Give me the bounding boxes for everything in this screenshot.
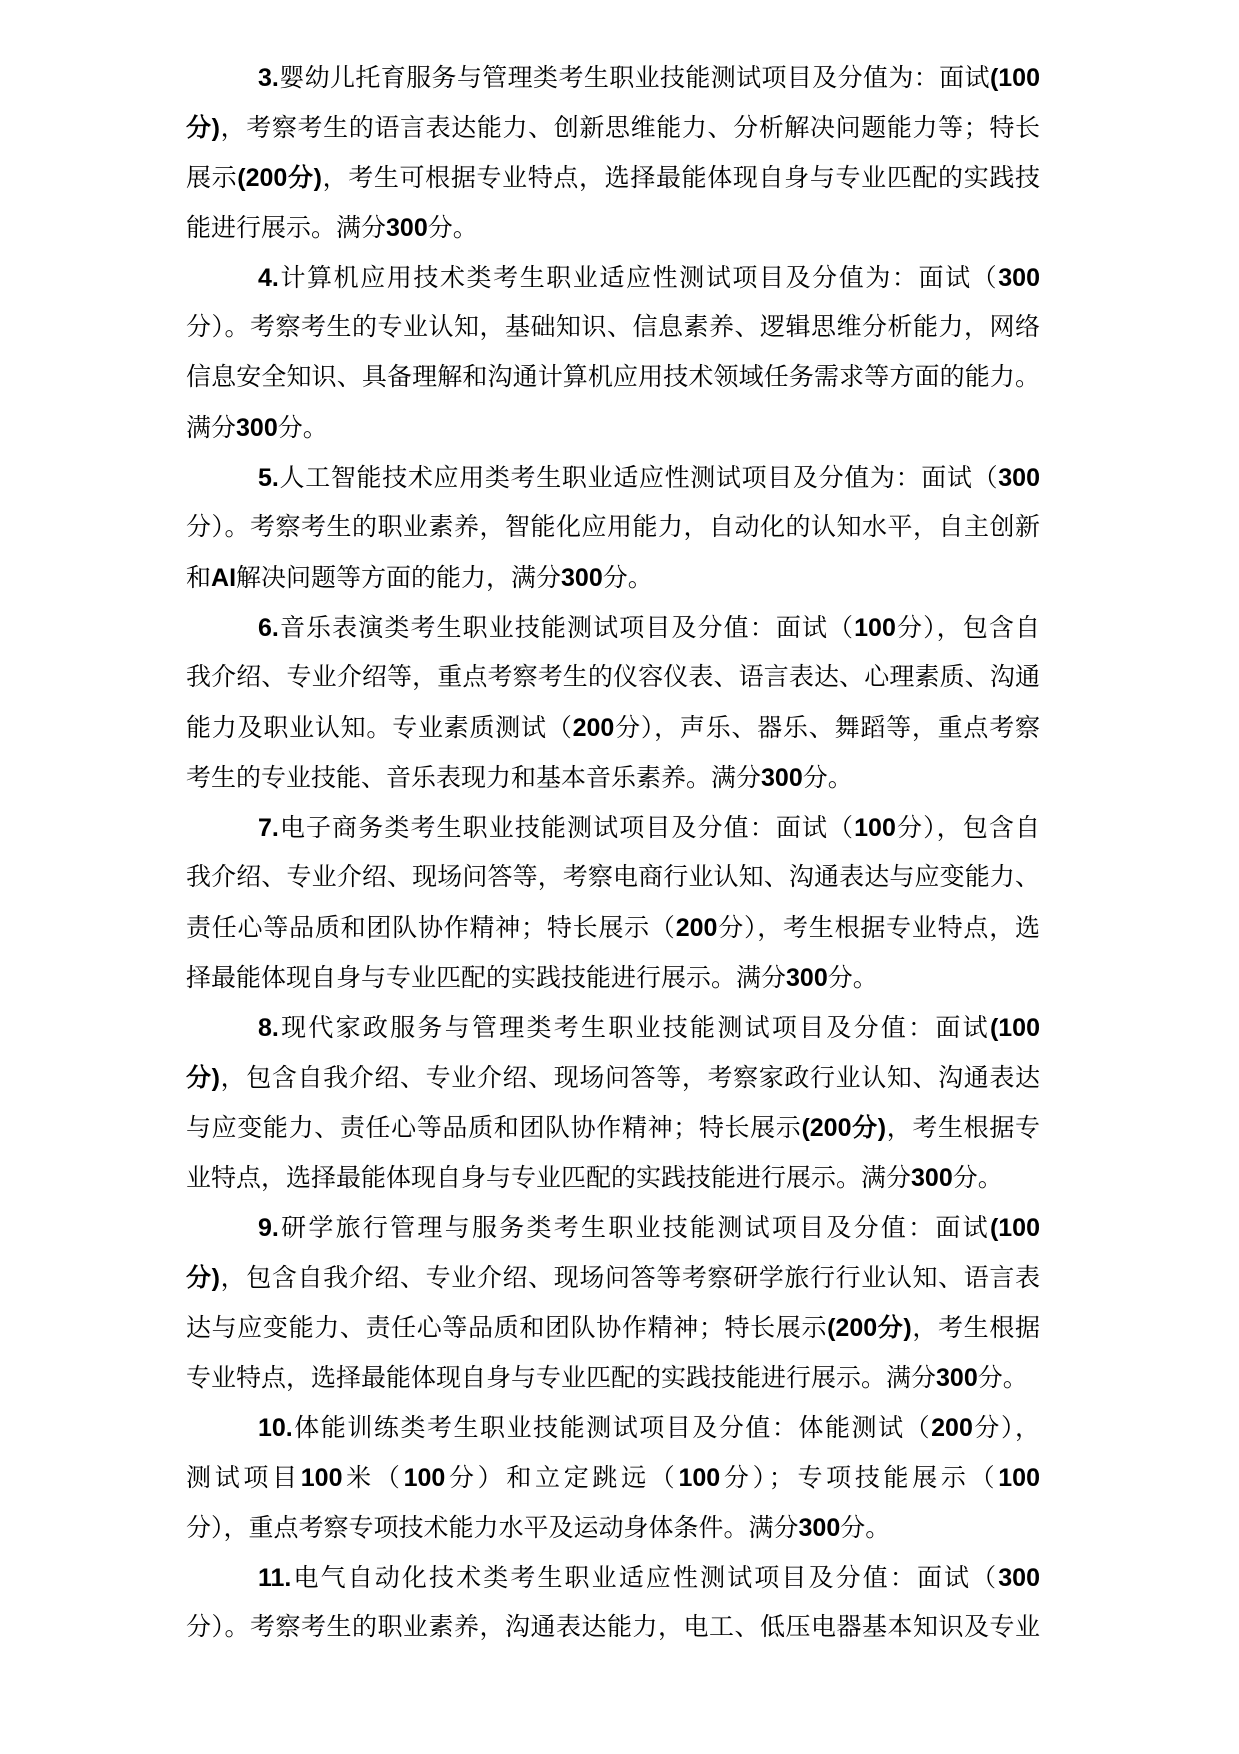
text-run: 体能训练类考生职业技能测试项目及分值：体能测试（	[293, 1415, 931, 1442]
paragraph-11: 11.电气自动化技术类考生职业适应性测试项目及分值：面试（300分）。考察考生的…	[186, 1553, 1040, 1653]
bold-text-run: 分)	[186, 114, 220, 142]
text-run: 分），声乐、器乐、舞蹈等，重点考察	[614, 715, 1040, 742]
bold-text-run: 7.	[258, 814, 279, 842]
text-run: 分。	[978, 1365, 1028, 1392]
text-line: 择最能体现自身与专业匹配的实践技能进行展示。满分300分。	[186, 953, 1040, 1003]
text-run: 人工智能技术应用类考生职业适应性测试项目及分值为：面试（	[279, 465, 998, 492]
text-run: ，包含自我介绍、专业介绍、现场问答等考察研学旅行行业认知、语言表	[220, 1265, 1040, 1292]
bold-text-run: 6.	[258, 614, 279, 642]
bold-text-run: 300	[911, 1164, 953, 1192]
text-line: 6.音乐表演类考生职业技能测试项目及分值：面试（100分），包含自	[186, 603, 1040, 653]
text-run: 考生的专业技能、音乐表现力和基本音乐素养。满分	[186, 765, 761, 792]
bold-text-run: (200分)	[801, 1114, 886, 1142]
text-run: 满分	[186, 415, 236, 442]
text-run: 与应变能力、责任心等品质和团队协作精神；特长展示	[186, 1115, 801, 1142]
bold-text-run: (100	[990, 1214, 1040, 1242]
paragraph-6: 6.音乐表演类考生职业技能测试项目及分值：面试（100分），包含自我介绍、专业介…	[186, 603, 1040, 803]
text-line: 分），重点考察专项技术能力水平及运动身体条件。满分300分。	[186, 1503, 1040, 1553]
text-run: 研学旅行管理与服务类考生职业技能测试项目及分值：面试	[279, 1215, 990, 1242]
text-run: 音乐表演类考生职业技能测试项目及分值：面试（	[279, 615, 854, 642]
bold-text-run: 100	[854, 614, 896, 642]
text-line: 能力及职业认知。专业素质测试（200分），声乐、器乐、舞蹈等，重点考察	[186, 703, 1040, 753]
bold-text-run: AI	[211, 564, 236, 592]
bold-text-run: 9.	[258, 1214, 279, 1242]
text-run: 电子商务类考生职业技能测试项目及分值：面试（	[279, 815, 854, 842]
text-line: 分)，考察考生的语言表达能力、创新思维能力、分析解决问题能力等；特长	[186, 103, 1040, 153]
text-run: 分），	[973, 1415, 1040, 1442]
text-line: 分）。考察考生的职业素养，沟通表达能力，电工、低压电器基本知识及专业	[186, 1603, 1040, 1653]
bold-text-run: (200分)	[827, 1314, 912, 1342]
text-run: ，考生根据专	[886, 1115, 1040, 1142]
text-run: 分。	[278, 415, 328, 442]
text-line: 业特点，选择最能体现自身与专业匹配的实践技能进行展示。满分300分。	[186, 1153, 1040, 1203]
text-run: 分）；专项技能展示（	[720, 1465, 998, 1492]
text-line: 我介绍、专业介绍、现场问答等，考察电商行业认知、沟通表达与应变能力、	[186, 853, 1040, 903]
text-run: 能进行展示。满分	[186, 215, 386, 242]
text-run: 分）和立定跳远（	[445, 1465, 678, 1492]
text-run: 分）。考察考生的职业素养，沟通表达能力，电工、低压电器基本知识及专业	[186, 1614, 1040, 1641]
text-line: 7.电子商务类考生职业技能测试项目及分值：面试（100分），包含自	[186, 803, 1040, 853]
text-run: 信息安全知识、具备理解和沟通计算机应用技术领域任务需求等方面的能力。	[186, 364, 1040, 391]
text-line: 专业特点，选择最能体现自身与专业匹配的实践技能进行展示。满分300分。	[186, 1353, 1040, 1403]
bold-text-run: 200	[573, 714, 615, 742]
text-line: 9.研学旅行管理与服务类考生职业技能测试项目及分值：面试(100	[186, 1203, 1040, 1253]
text-line: 分)，包含自我介绍、专业介绍、现场问答等，考察家政行业认知、沟通表达	[186, 1053, 1040, 1103]
text-line: 我介绍、专业介绍等，重点考察考生的仪容仪表、语言表达、心理素质、沟通	[186, 653, 1040, 703]
bold-text-run: (100	[990, 1014, 1040, 1042]
text-line: 达与应变能力、责任心等品质和团队协作精神；特长展示(200分)，考生根据	[186, 1303, 1040, 1353]
text-run: 我介绍、专业介绍、现场问答等，考察电商行业认知、沟通表达与应变能力、	[186, 864, 1040, 891]
text-block: 3.婴幼儿托育服务与管理类考生职业技能测试项目及分值为：面试(100分)，考察考…	[186, 53, 1040, 1653]
paragraph-10: 10.体能训练类考生职业技能测试项目及分值：体能测试（200分），测试项目100…	[186, 1403, 1040, 1553]
bold-text-run: 100	[854, 814, 896, 842]
text-run: 和	[186, 565, 211, 592]
text-line: 11.电气自动化技术类考生职业适应性测试项目及分值：面试（300	[186, 1553, 1040, 1603]
text-line: 展示(200分)，考生可根据专业特点，选择最能体现自身与专业匹配的实践技	[186, 153, 1040, 203]
bold-text-run: 300	[786, 964, 828, 992]
text-line: 分）。考察考生的专业认知，基础知识、信息素养、逻辑思维分析能力，网络	[186, 303, 1040, 353]
paragraph-3: 3.婴幼儿托育服务与管理类考生职业技能测试项目及分值为：面试(100分)，考察考…	[186, 53, 1040, 253]
bold-text-run: 200	[676, 914, 718, 942]
bold-text-run: 分)	[186, 1064, 220, 1092]
bold-text-run: 200	[931, 1414, 973, 1442]
bold-text-run: 300	[386, 214, 428, 242]
bold-text-run: 4.	[258, 264, 279, 292]
bold-text-run: (200分)	[237, 164, 322, 192]
text-run: 责任心等品质和团队协作精神；特长展示（	[186, 915, 676, 942]
text-run: 达与应变能力、责任心等品质和团队协作精神；特长展示	[186, 1315, 827, 1342]
text-run: 专业特点，选择最能体现自身与专业匹配的实践技能进行展示。满分	[186, 1365, 936, 1392]
text-line: 能进行展示。满分300分。	[186, 203, 1040, 253]
text-run: 分），包含自	[896, 615, 1040, 642]
text-line: 信息安全知识、具备理解和沟通计算机应用技术领域任务需求等方面的能力。	[186, 353, 1040, 403]
text-line: 3.婴幼儿托育服务与管理类考生职业技能测试项目及分值为：面试(100	[186, 53, 1040, 103]
text-run: ，考察考生的语言表达能力、创新思维能力、分析解决问题能力等；特长	[220, 115, 1040, 142]
text-run: 分。	[828, 965, 878, 992]
text-line: 10.体能训练类考生职业技能测试项目及分值：体能测试（200分），	[186, 1403, 1040, 1453]
bold-text-run: 300	[236, 414, 278, 442]
bold-text-run: 300	[998, 464, 1040, 492]
text-run: 展示	[186, 165, 237, 192]
text-run: ，考生可根据专业特点，选择最能体现自身与专业匹配的实践技	[322, 165, 1040, 192]
text-run: 分），重点考察专项技术能力水平及运动身体条件。满分	[186, 1515, 799, 1542]
text-line: 分）。考察考生的职业素养，智能化应用能力，自动化的认知水平，自主创新	[186, 503, 1040, 553]
text-line: 8.现代家政服务与管理类考生职业技能测试项目及分值：面试(100	[186, 1003, 1040, 1053]
bold-text-run: 300	[998, 1564, 1040, 1592]
text-run: ，考生根据	[912, 1315, 1040, 1342]
text-line: 测试项目100米（100分）和立定跳远（100分）；专项技能展示（100	[186, 1453, 1040, 1503]
text-run: 分。	[953, 1165, 1003, 1192]
text-run: 分）。考察考生的职业素养，智能化应用能力，自动化的认知水平，自主创新	[186, 514, 1040, 541]
text-run: 分。	[803, 765, 853, 792]
paragraph-5: 5.人工智能技术应用类考生职业适应性测试项目及分值为：面试（300分）。考察考生…	[186, 453, 1040, 603]
text-run: ，包含自我介绍、专业介绍、现场问答等，考察家政行业认知、沟通表达	[220, 1065, 1040, 1092]
text-run: 计算机应用技术类考生职业适应性测试项目及分值为：面试（	[279, 265, 998, 292]
bold-text-run: 100	[404, 1464, 446, 1492]
bold-text-run: 100	[301, 1464, 343, 1492]
bold-text-run: 300	[799, 1514, 841, 1542]
bold-text-run: 分)	[186, 1264, 220, 1292]
text-run: 分）。考察考生的专业认知，基础知识、信息素养、逻辑思维分析能力，网络	[186, 314, 1040, 341]
bold-text-run: 100	[678, 1464, 720, 1492]
text-run: 分。	[428, 215, 478, 242]
bold-text-run: 300	[936, 1364, 978, 1392]
paragraph-8: 8.现代家政服务与管理类考生职业技能测试项目及分值：面试(100分)，包含自我介…	[186, 1003, 1040, 1203]
text-run: 电气自动化技术类考生职业适应性测试项目及分值：面试（	[291, 1565, 998, 1592]
text-run: 测试项目	[186, 1465, 301, 1492]
text-run: 我介绍、专业介绍等，重点考察考生的仪容仪表、语言表达、心理素质、沟通	[186, 664, 1040, 691]
bold-text-run: 8.	[258, 1014, 279, 1042]
text-run: 分。	[840, 1515, 890, 1542]
text-line: 分)，包含自我介绍、专业介绍、现场问答等考察研学旅行行业认知、语言表	[186, 1253, 1040, 1303]
text-run: 分），考生根据专业特点，选	[717, 915, 1040, 942]
text-line: 考生的专业技能、音乐表现力和基本音乐素养。满分300分。	[186, 753, 1040, 803]
paragraph-9: 9.研学旅行管理与服务类考生职业技能测试项目及分值：面试(100分)，包含自我介…	[186, 1203, 1040, 1403]
bold-text-run: 10.	[258, 1414, 293, 1442]
text-line: 5.人工智能技术应用类考生职业适应性测试项目及分值为：面试（300	[186, 453, 1040, 503]
text-run: 米（	[342, 1465, 403, 1492]
text-run: 业特点，选择最能体现自身与专业匹配的实践技能进行展示。满分	[186, 1165, 911, 1192]
bold-text-run: 100	[998, 1464, 1040, 1492]
text-line: 4.计算机应用技术类考生职业适应性测试项目及分值为：面试（300	[186, 253, 1040, 303]
text-run: 能力及职业认知。专业素质测试（	[186, 715, 573, 742]
text-run: 分。	[603, 565, 653, 592]
bold-text-run: 5.	[258, 464, 279, 492]
bold-text-run: 3.	[258, 64, 279, 92]
text-line: 满分300分。	[186, 403, 1040, 453]
text-run: 现代家政服务与管理类考生职业技能测试项目及分值：面试	[279, 1015, 990, 1042]
text-run: 解决问题等方面的能力，满分	[236, 565, 561, 592]
paragraph-4: 4.计算机应用技术类考生职业适应性测试项目及分值为：面试（300分）。考察考生的…	[186, 253, 1040, 453]
bold-text-run: 11.	[258, 1564, 291, 1592]
bold-text-run: 300	[561, 564, 603, 592]
text-line: 和AI解决问题等方面的能力，满分300分。	[186, 553, 1040, 603]
bold-text-run: (100	[990, 64, 1040, 92]
paragraph-7: 7.电子商务类考生职业技能测试项目及分值：面试（100分），包含自我介绍、专业介…	[186, 803, 1040, 1003]
text-run: 分），包含自	[896, 815, 1040, 842]
document-page: 3.婴幼儿托育服务与管理类考生职业技能测试项目及分值为：面试(100分)，考察考…	[0, 0, 1239, 1754]
bold-text-run: 300	[998, 264, 1040, 292]
text-run: 婴幼儿托育服务与管理类考生职业技能测试项目及分值为：面试	[279, 65, 990, 92]
bold-text-run: 300	[761, 764, 803, 792]
text-line: 责任心等品质和团队协作精神；特长展示（200分），考生根据专业特点，选	[186, 903, 1040, 953]
text-line: 与应变能力、责任心等品质和团队协作精神；特长展示(200分)，考生根据专	[186, 1103, 1040, 1153]
text-run: 择最能体现自身与专业匹配的实践技能进行展示。满分	[186, 965, 786, 992]
